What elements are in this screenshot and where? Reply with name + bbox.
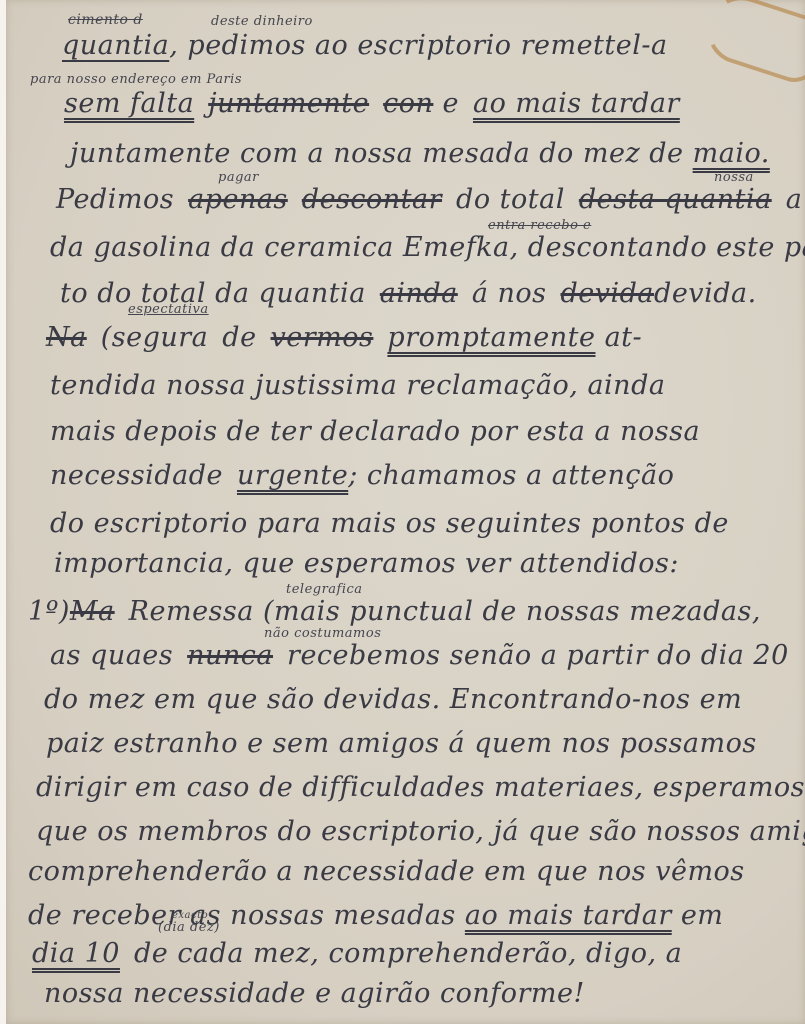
word: devida <box>561 278 655 309</box>
word: da gasolina da ceramica Emefka, desconta… <box>50 232 805 263</box>
word: mais depois de ter declarado por esta a … <box>50 416 700 447</box>
word: dia 10 <box>32 938 120 969</box>
text-line: mais depois de ter declarado por esta a … <box>50 416 700 447</box>
text-line: necessidadeurgente; chamamos a attenção <box>50 460 674 491</box>
word: 1º) <box>28 596 70 627</box>
word: vermos <box>271 322 374 353</box>
word: que os membros do escriptorio, já que sã… <box>36 816 805 847</box>
text-line: que os membros do escriptorio, já que sã… <box>36 816 805 847</box>
word: nossa necessidade e agirão conforme! <box>44 978 585 1009</box>
word: do mez em que são devidas. Encontrando-n… <box>44 684 742 715</box>
word: necessidade <box>50 460 223 491</box>
word: desta quantia <box>579 184 772 215</box>
word: Na <box>46 322 87 353</box>
word: juntamente <box>208 88 369 119</box>
manuscript-page: cimento d deste dinheiro para nosso ende… <box>6 0 805 1024</box>
word: Remessa (mais punctual de nossas mezadas… <box>129 596 761 627</box>
text-line: do escriptorio para mais os seguintes po… <box>50 508 729 539</box>
word: dirigir em caso de difficuldades materia… <box>36 772 805 803</box>
text-line: Na(seguradevermospromptamente at- <box>46 322 642 353</box>
word: Pedimos <box>56 184 174 215</box>
text-line: da gasolina da ceramica Emefka, desconta… <box>50 232 805 263</box>
text-line: sem faltajuntamentecon eao mais tardar <box>64 88 680 119</box>
word: paiz estranho e sem amigos á quem nos po… <box>46 728 757 759</box>
word: Ma <box>70 596 115 627</box>
word: promptamente <box>387 322 595 353</box>
annotation: cimento d <box>68 12 143 28</box>
word: at- <box>605 322 643 353</box>
annotation: não costumamos <box>264 626 381 641</box>
word: sem falta <box>64 88 194 119</box>
word: ; chamamos a attenção <box>348 460 674 491</box>
text-line: as quaesnuncarecebemos senão a partir do… <box>50 640 789 671</box>
word: ainda <box>380 278 458 309</box>
word: nunca <box>187 640 273 671</box>
annotation: nossa <box>714 170 754 185</box>
text-line: to do total da quantiaaindaá nosdevidade… <box>60 278 757 309</box>
text-line: dia 10de cada mez, comprehenderão, digo,… <box>32 938 682 969</box>
annotation: entra recebo e <box>488 218 591 233</box>
word: (segura <box>101 322 209 353</box>
text-line: importancia, que esperamos ver attendido… <box>54 548 679 579</box>
text-line: paiz estranho e sem amigos á quem nos po… <box>46 728 757 759</box>
word: descontar <box>302 184 442 215</box>
word: do total <box>456 184 565 215</box>
word: de receber as nossas mesadas <box>28 900 456 931</box>
text-line: tendida nossa justissima reclamação, ain… <box>50 370 665 401</box>
word: importancia, que esperamos ver attendido… <box>54 548 679 579</box>
text-line: do mez em que são devidas. Encontrando-n… <box>44 684 742 715</box>
word: quantia <box>62 30 169 61</box>
word: a conta <box>786 184 805 215</box>
text-line: nossa necessidade e agirão conforme! <box>44 978 585 1009</box>
annotation: pagar <box>218 170 259 185</box>
word: e <box>442 88 458 119</box>
text-line: 1º)MaRemessa (mais punctual de nossas me… <box>28 596 761 627</box>
word: , pedimos ao escriptorio remettel-a <box>169 30 667 61</box>
annotation: telegrafica <box>286 582 363 597</box>
word: do escriptorio para mais os seguintes po… <box>50 508 729 539</box>
word: recebemos senão a partir do dia 20 <box>287 640 789 671</box>
text-line: dirigir em caso de difficuldades materia… <box>36 772 805 803</box>
paper-stain <box>698 0 805 89</box>
annotation: para nosso endereço em Paris <box>30 72 242 87</box>
word: de cada mez, comprehenderão, digo, a <box>134 938 682 969</box>
text-line: comprehenderão a necessidade em que nos … <box>28 856 745 887</box>
text-line: quantia, pedimos ao escriptorio remettel… <box>62 30 668 61</box>
word: maio. <box>693 138 770 169</box>
text-line: Pedimosapenasdescontardo totaldesta quan… <box>56 184 805 215</box>
word: devida. <box>654 278 757 309</box>
annotation: deste dinheiro <box>211 14 313 29</box>
word: de <box>222 322 256 353</box>
word: to do total da quantia <box>60 278 366 309</box>
word: tendida nossa justissima reclamação, ain… <box>50 370 665 401</box>
word: as quaes <box>50 640 173 671</box>
word: á nos <box>472 278 547 309</box>
word: ao mais tardar <box>473 88 680 119</box>
word: em <box>681 900 724 931</box>
word: comprehenderão a necessidade em que nos … <box>28 856 745 887</box>
text-line: de receber as nossas mesadas ao mais tar… <box>28 900 723 931</box>
word: urgente <box>237 460 348 491</box>
word: con <box>383 88 433 119</box>
word: ao mais tardar <box>465 900 672 931</box>
word: apenas <box>188 184 288 215</box>
word: juntamente com a nossa mesada do mez de <box>70 138 684 169</box>
text-line: juntamente com a nossa mesada do mez de … <box>70 138 770 169</box>
